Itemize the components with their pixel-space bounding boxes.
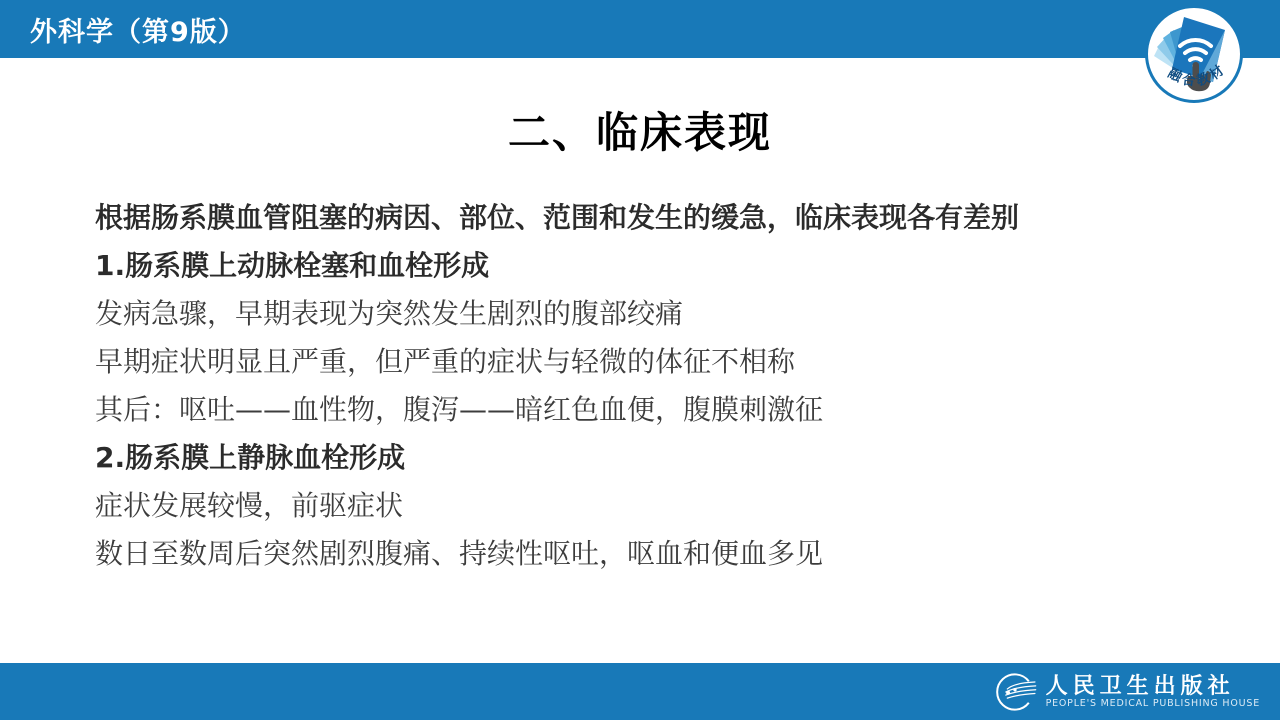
content-line: 发病急骤，早期表现为突然发生剧烈的腹部绞痛 xyxy=(95,290,1220,338)
publisher-name-cn: 人民卫生出版社 xyxy=(1046,674,1235,698)
top-bar: 外科学（第9版） xyxy=(0,0,1280,58)
content-line: 其后：呕吐——血性物，腹泻——暗红色血便，腹膜刺激征 xyxy=(95,386,1220,434)
content-line: 早期症状明显且严重，但严重的症状与轻微的体征不相称 xyxy=(95,338,1220,386)
bottom-bar: 人民卫生出版社 PEOPLE'S MEDICAL PUBLISHING HOUS… xyxy=(0,663,1280,720)
publisher-name-en: PEOPLE'S MEDICAL PUBLISHING HOUSE xyxy=(1046,698,1260,710)
content-line: 根据肠系膜血管阻塞的病因、部位、范围和发生的缓急，临床表现各有差别 xyxy=(95,194,1220,242)
publisher-logo: 人民卫生出版社 PEOPLE'S MEDICAL PUBLISHING HOUS… xyxy=(992,669,1260,715)
publisher-name-block: 人民卫生出版社 PEOPLE'S MEDICAL PUBLISHING HOUS… xyxy=(1046,674,1260,710)
content-line: 2.肠系膜上静脉血栓形成 xyxy=(95,434,1220,482)
content-line: 1.肠系膜上动脉栓塞和血栓形成 xyxy=(95,242,1220,290)
page-title: 二、临床表现 xyxy=(0,100,1280,160)
content-area: 根据肠系膜血管阻塞的病因、部位、范围和发生的缓急，临床表现各有差别 1.肠系膜上… xyxy=(95,194,1220,578)
content-line: 数日至数周后突然剧烈腹痛、持续性呕吐，呕血和便血多见 xyxy=(95,530,1220,578)
content-line: 症状发展较慢，前驱症状 xyxy=(95,482,1220,530)
header-title: 外科学（第9版） xyxy=(0,10,246,49)
slide: 外科学（第9版） xyxy=(0,0,1280,720)
badge-logo-icon: 融合教材 xyxy=(1144,3,1244,105)
publisher-emblem-icon xyxy=(992,669,1038,715)
integrated-textbook-badge: 融合教材 xyxy=(1144,3,1244,105)
